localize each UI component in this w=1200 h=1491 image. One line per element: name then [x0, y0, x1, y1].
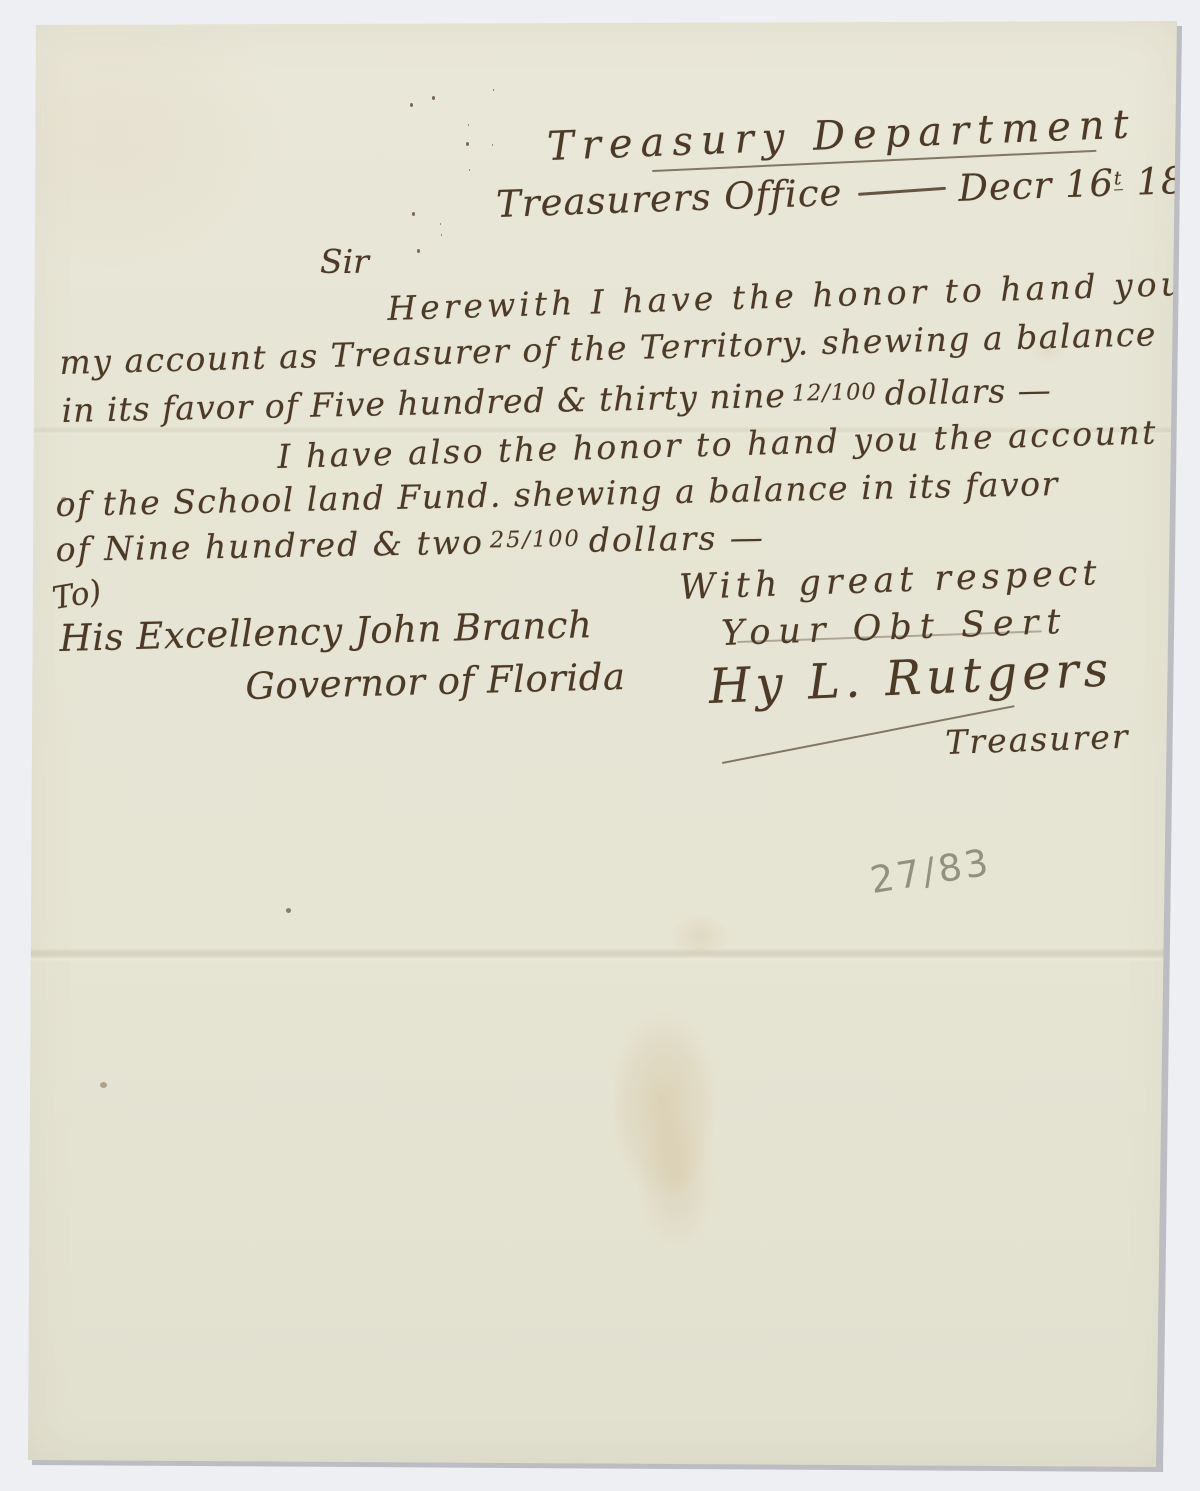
- amount-fraction: 12/100: [792, 379, 877, 407]
- fold-crease-lower: [0, 948, 1200, 962]
- address-to-mark: To): [50, 574, 104, 618]
- signature: Hy L. Rutgers: [708, 642, 1115, 715]
- letterhead-office-date-line: Treasurers OfficeDecr 16t1844: [496, 158, 1200, 226]
- addressee-title: Governor of Florida: [245, 656, 626, 708]
- amount-text: in its favor of Five hundred & thirty ni…: [61, 376, 786, 430]
- salutation: Sir: [320, 243, 369, 281]
- office-name: Treasurers Office: [495, 171, 843, 226]
- fox-spot: [100, 1082, 107, 1088]
- signer-title: Treasurer: [945, 718, 1130, 762]
- letterhead-department: Treasury Department: [546, 101, 1137, 170]
- closing-respect-line: With great respect: [679, 553, 1103, 608]
- scanned-letter-page: Treasury Department Treasurers OfficeDec…: [0, 0, 1200, 1491]
- date-superscript: t: [1114, 168, 1123, 190]
- body-paragraph2-line3: of Nine hundred & two25/100dollars —: [55, 519, 765, 569]
- body-paragraph2-line2: of the School land Fund. shewing a balan…: [55, 465, 1059, 524]
- amount-unit: dollars —: [589, 518, 766, 560]
- letter-paper: Treasury Department Treasurers OfficeDec…: [0, 0, 1200, 1491]
- amount-text: of Nine hundred & two: [55, 523, 484, 569]
- letter-date: Decr 16: [958, 161, 1115, 209]
- flourish-dash: [858, 187, 946, 196]
- letter-year: 1844: [1136, 157, 1200, 203]
- fox-spot: [286, 908, 291, 913]
- archival-pencil-number: 27/83: [867, 841, 994, 902]
- amount-fraction: 25/100: [490, 526, 581, 554]
- ink-speckles: [432, 96, 435, 100]
- addressee-name: His Excellency John Branch: [59, 604, 593, 660]
- amount-unit: dollars —: [884, 370, 1052, 412]
